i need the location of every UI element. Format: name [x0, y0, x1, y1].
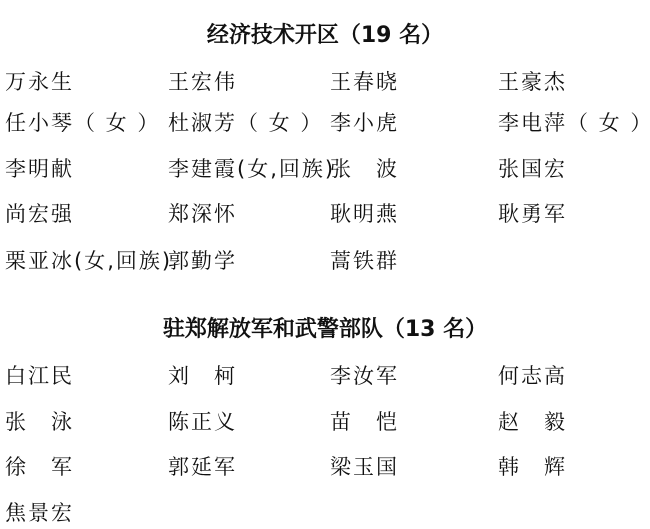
name-row: 白江民 刘 柯 李汝军 何志高	[0, 361, 650, 391]
name-entry: 张国宏	[498, 154, 567, 184]
name-entry: 李小虎	[330, 108, 399, 138]
name-row: 徐 军 郭延军 梁玉国 韩 辉	[0, 452, 650, 482]
name-entry: 王春晓	[330, 67, 399, 97]
name-row: 焦景宏	[0, 498, 650, 528]
name-entry: 耿勇军	[498, 199, 567, 229]
name-entry: 白江民	[5, 361, 74, 391]
name-row: 尚宏强 郑深怀 耿明燕 耿勇军	[0, 199, 650, 229]
name-entry: 王宏伟	[168, 67, 237, 97]
name-entry: 郭延军	[168, 452, 237, 482]
name-entry: 李电萍（ 女 ）	[498, 108, 650, 138]
name-entry: 万永生	[5, 67, 74, 97]
name-row: 万永生 王宏伟 王春晓 王豪杰	[0, 67, 650, 97]
section-title-econ-dev-zone: 经济技术开区（19 名）	[0, 22, 650, 50]
name-entry: 郭勤学	[168, 246, 237, 276]
name-entry: 耿明燕	[330, 199, 399, 229]
name-entry: 李建霞(女,回族)	[168, 154, 335, 184]
name-entry: 徐 军	[5, 452, 74, 482]
name-entry: 陈正义	[168, 407, 237, 437]
name-entry: 张 泳	[5, 407, 74, 437]
name-entry: 栗亚冰(女,回族)	[5, 246, 172, 276]
section-title-pla-armed-police: 驻郑解放军和武警部队（13 名）	[0, 316, 650, 344]
name-entry: 焦景宏	[5, 498, 74, 528]
name-entry: 李明献	[5, 154, 74, 184]
name-entry: 刘 柯	[168, 361, 237, 391]
name-row: 栗亚冰(女,回族) 郭勤学 蒿铁群	[0, 246, 650, 276]
name-row: 张 泳 陈正义 苗 恺 赵 毅	[0, 407, 650, 437]
name-entry: 韩 辉	[498, 452, 567, 482]
name-entry: 梁玉国	[330, 452, 399, 482]
name-entry: 何志高	[498, 361, 567, 391]
name-entry: 郑深怀	[168, 199, 237, 229]
name-entry: 赵 毅	[498, 407, 567, 437]
name-row: 任小琴（ 女 ） 杜淑芳（ 女 ） 李小虎 李电萍（ 女 ）	[0, 108, 650, 138]
name-entry: 任小琴（ 女 ）	[5, 108, 160, 138]
name-entry: 张 波	[330, 154, 399, 184]
name-row: 李明献 李建霞(女,回族) 张 波 张国宏	[0, 154, 650, 184]
name-entry: 苗 恺	[330, 407, 399, 437]
name-entry: 杜淑芳（ 女 ）	[168, 108, 323, 138]
name-entry: 蒿铁群	[330, 246, 399, 276]
name-entry: 李汝军	[330, 361, 399, 391]
name-entry: 王豪杰	[498, 67, 567, 97]
name-entry: 尚宏强	[5, 199, 74, 229]
